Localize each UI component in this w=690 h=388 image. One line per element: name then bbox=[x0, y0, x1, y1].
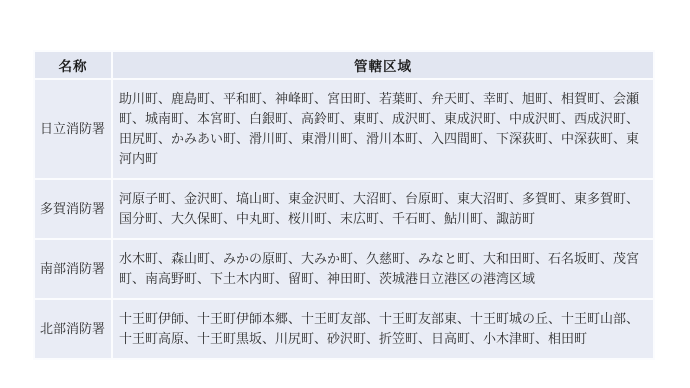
station-name-cell: 多賀消防署 bbox=[34, 179, 112, 239]
jurisdiction-cell: 十王町伊師、十王町伊師本郷、十王町友部、十王町友部東、十王町城の丘、十王町山部、… bbox=[112, 299, 654, 359]
table-row: 北部消防署 十王町伊師、十王町伊師本郷、十王町友部、十王町友部東、十王町城の丘、… bbox=[34, 299, 654, 359]
station-name-cell: 日立消防署 bbox=[34, 79, 112, 179]
header-row: 名称 管轄区域 bbox=[34, 51, 654, 79]
jurisdiction-cell: 助川町、鹿島町、平和町、神峰町、宮田町、若葉町、弁天町、幸町、旭町、相賀町、会瀬… bbox=[112, 79, 654, 179]
station-name-cell: 南部消防署 bbox=[34, 239, 112, 299]
table-row: 多賀消防署 河原子町、金沢町、塙山町、東金沢町、大沼町、台原町、東大沼町、多賀町… bbox=[34, 179, 654, 239]
page: 名称 管轄区域 日立消防署 助川町、鹿島町、平和町、神峰町、宮田町、若葉町、弁天… bbox=[0, 0, 690, 388]
table-row: 日立消防署 助川町、鹿島町、平和町、神峰町、宮田町、若葉町、弁天町、幸町、旭町、… bbox=[34, 79, 654, 179]
table-row: 南部消防署 水木町、森山町、みかの原町、大みか町、久慈町、みなと町、大和田町、石… bbox=[34, 239, 654, 299]
jurisdiction-cell: 河原子町、金沢町、塙山町、東金沢町、大沼町、台原町、東大沼町、多賀町、東多賀町、… bbox=[112, 179, 654, 239]
jurisdiction-cell: 水木町、森山町、みかの原町、大みか町、久慈町、みなと町、大和田町、石名坂町、茂宮… bbox=[112, 239, 654, 299]
station-name-cell: 北部消防署 bbox=[34, 299, 112, 359]
column-header-jurisdiction: 管轄区域 bbox=[112, 51, 654, 79]
fire-station-jurisdiction-table: 名称 管轄区域 日立消防署 助川町、鹿島町、平和町、神峰町、宮田町、若葉町、弁天… bbox=[33, 50, 655, 360]
column-header-name: 名称 bbox=[34, 51, 112, 79]
